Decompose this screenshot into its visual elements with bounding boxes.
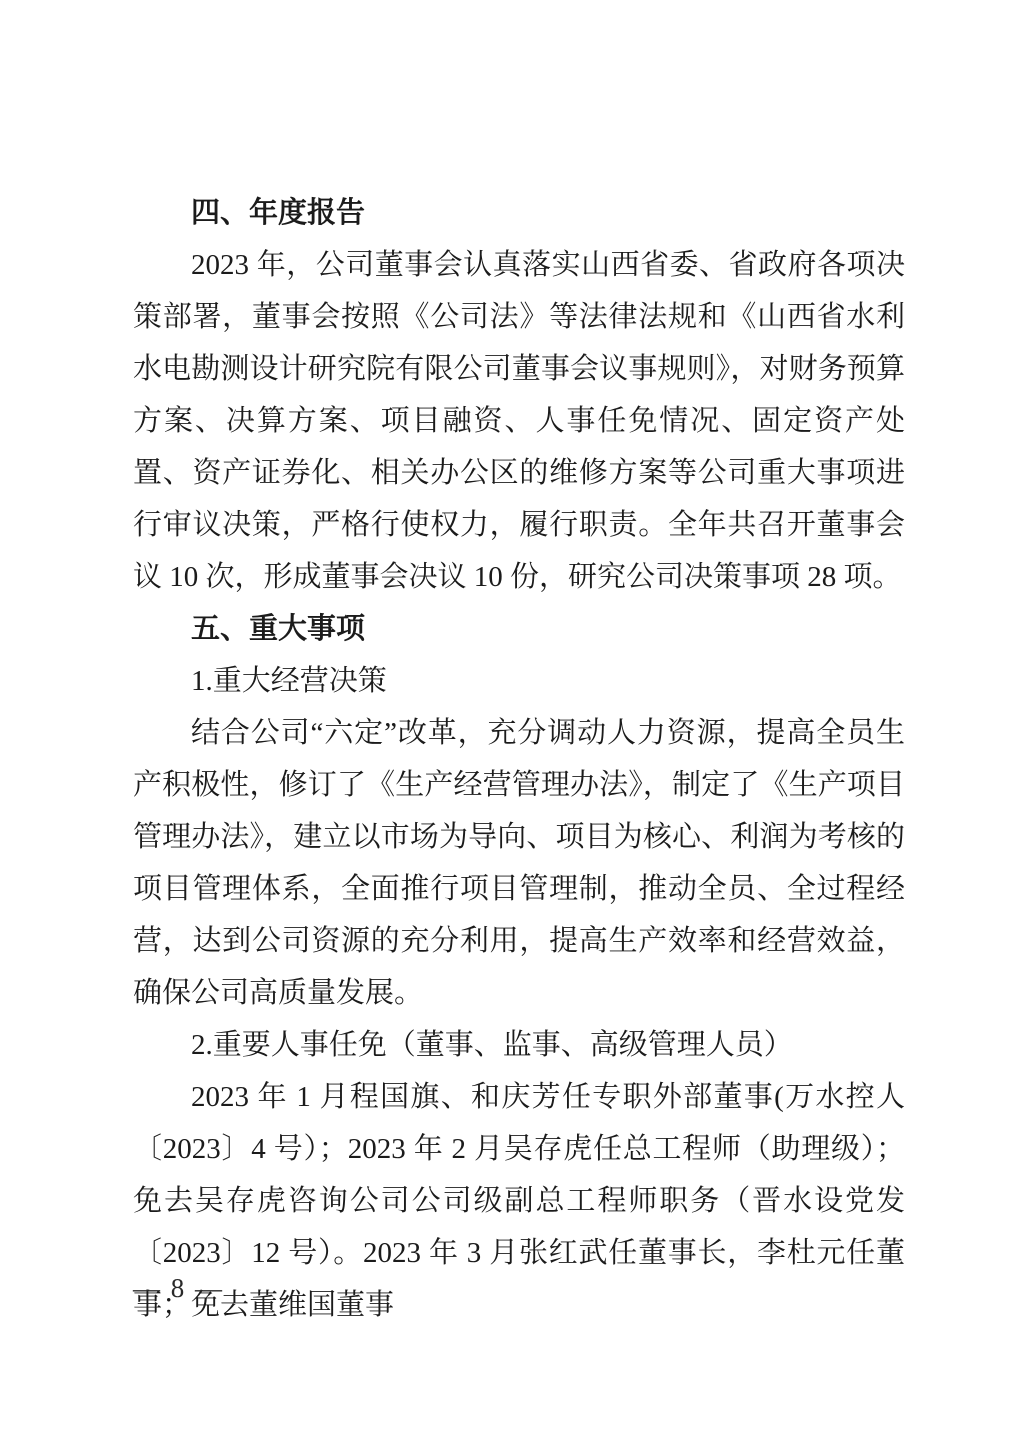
document-body: 四、年度报告 2023 年，公司董事会认真落实山西省委、省政府各项决策部署，董事… <box>133 187 905 1331</box>
paragraph-major-business-decisions: 结合公司“六定”改革，充分调动人力资源，提高全员生产积极性，修订了《生产经营管理… <box>133 707 905 1019</box>
section-heading-major-matters: 五、重大事项 <box>133 603 905 655</box>
paragraph-annual-report: 2023 年，公司董事会认真落实山西省委、省政府各项决策部署，董事会按照《公司法… <box>133 239 905 603</box>
section-heading-annual-report: 四、年度报告 <box>133 187 905 239</box>
document-page: 四、年度报告 2023 年，公司董事会认真落实山西省委、省政府各项决策部署，董事… <box>0 0 1024 1448</box>
subheading-key-personnel-appointments: 2.重要人事任免（董事、监事、高级管理人员） <box>133 1019 905 1071</box>
subheading-major-business-decisions: 1.重大经营决策 <box>133 655 905 707</box>
page-number: — 8 — <box>133 1268 224 1308</box>
paragraph-key-personnel-appointments: 2023 年 1 月程国旗、和庆芳任专职外部董事(万水控人〔2023〕4 号）；… <box>133 1071 905 1331</box>
